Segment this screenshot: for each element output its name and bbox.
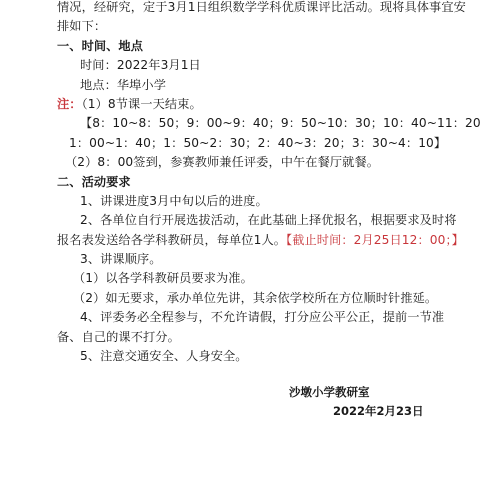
schedule-line-1: 【8：10~8：50；9：00~9：40；9：50~10：30；10：40~11… bbox=[57, 114, 437, 133]
signature-org: 沙墩小学教研室 bbox=[289, 384, 370, 400]
requirement-2-line-2: 报名表发送给各学科教研员，每单位1人。【截止时间：2月25日12：00；】 bbox=[57, 231, 437, 250]
requirement-3: 3、讲课顺序。 bbox=[57, 250, 437, 269]
section-heading-time-place: 一、时间、地点 bbox=[57, 37, 437, 56]
requirement-4-line-2: 备、自己的课不打分。 bbox=[57, 328, 437, 347]
requirement-3-2: （2）如无要求，承办单位先讲，其余依学校所在方位顺时针推延。 bbox=[57, 289, 437, 308]
requirement-4-line-1: 4、评委务必全程参与，不允许请假，打分应公平公正，提前一节准 bbox=[57, 308, 437, 327]
requirement-2-line-1: 2、各单位自行开展选拔活动，在此基础上择优报名，根据要求及时将 bbox=[57, 211, 437, 230]
note-label: 注： bbox=[57, 97, 82, 111]
note-1-row: 注：（1）8节课一天结束。 bbox=[57, 95, 437, 114]
schedule-line-2: 1：00~1：40；1：50~2：30；2：40~3：20；3：30~4：10】 bbox=[57, 134, 437, 153]
section-heading-requirements: 二、活动要求 bbox=[57, 173, 437, 192]
notice-document: 情况，经研究，定于3月1日组织数学学科优质课评比活动。现将具体事宜安 排如下： … bbox=[57, 0, 437, 366]
intro-line-2: 排如下： bbox=[57, 17, 437, 36]
intro-line-1: 情况，经研究，定于3月1日组织数学学科优质课评比活动。现将具体事宜安 bbox=[57, 0, 437, 17]
deadline-notice: 【截止时间：2月25日12：00；】 bbox=[286, 233, 464, 247]
note-1-text: （1）8节课一天结束。 bbox=[82, 97, 202, 111]
requirement-5: 5、注意交通安全、人身安全。 bbox=[57, 347, 437, 366]
signature-date: 2022年2月23日 bbox=[333, 403, 424, 419]
event-place: 地点：华埠小学 bbox=[57, 76, 437, 95]
requirement-3-1: （1）以各学科教研员要求为准。 bbox=[57, 269, 437, 288]
requirement-1: 1、讲课进度3月中旬以后的进度。 bbox=[57, 192, 437, 211]
event-time: 时间：2022年3月1日 bbox=[57, 56, 437, 75]
requirement-2-text: 报名表发送给各学科教研员，每单位1人。 bbox=[57, 233, 286, 247]
note-2-text: （2）8：00签到，参赛教师兼任评委，中午在餐厅就餐。 bbox=[57, 153, 437, 172]
